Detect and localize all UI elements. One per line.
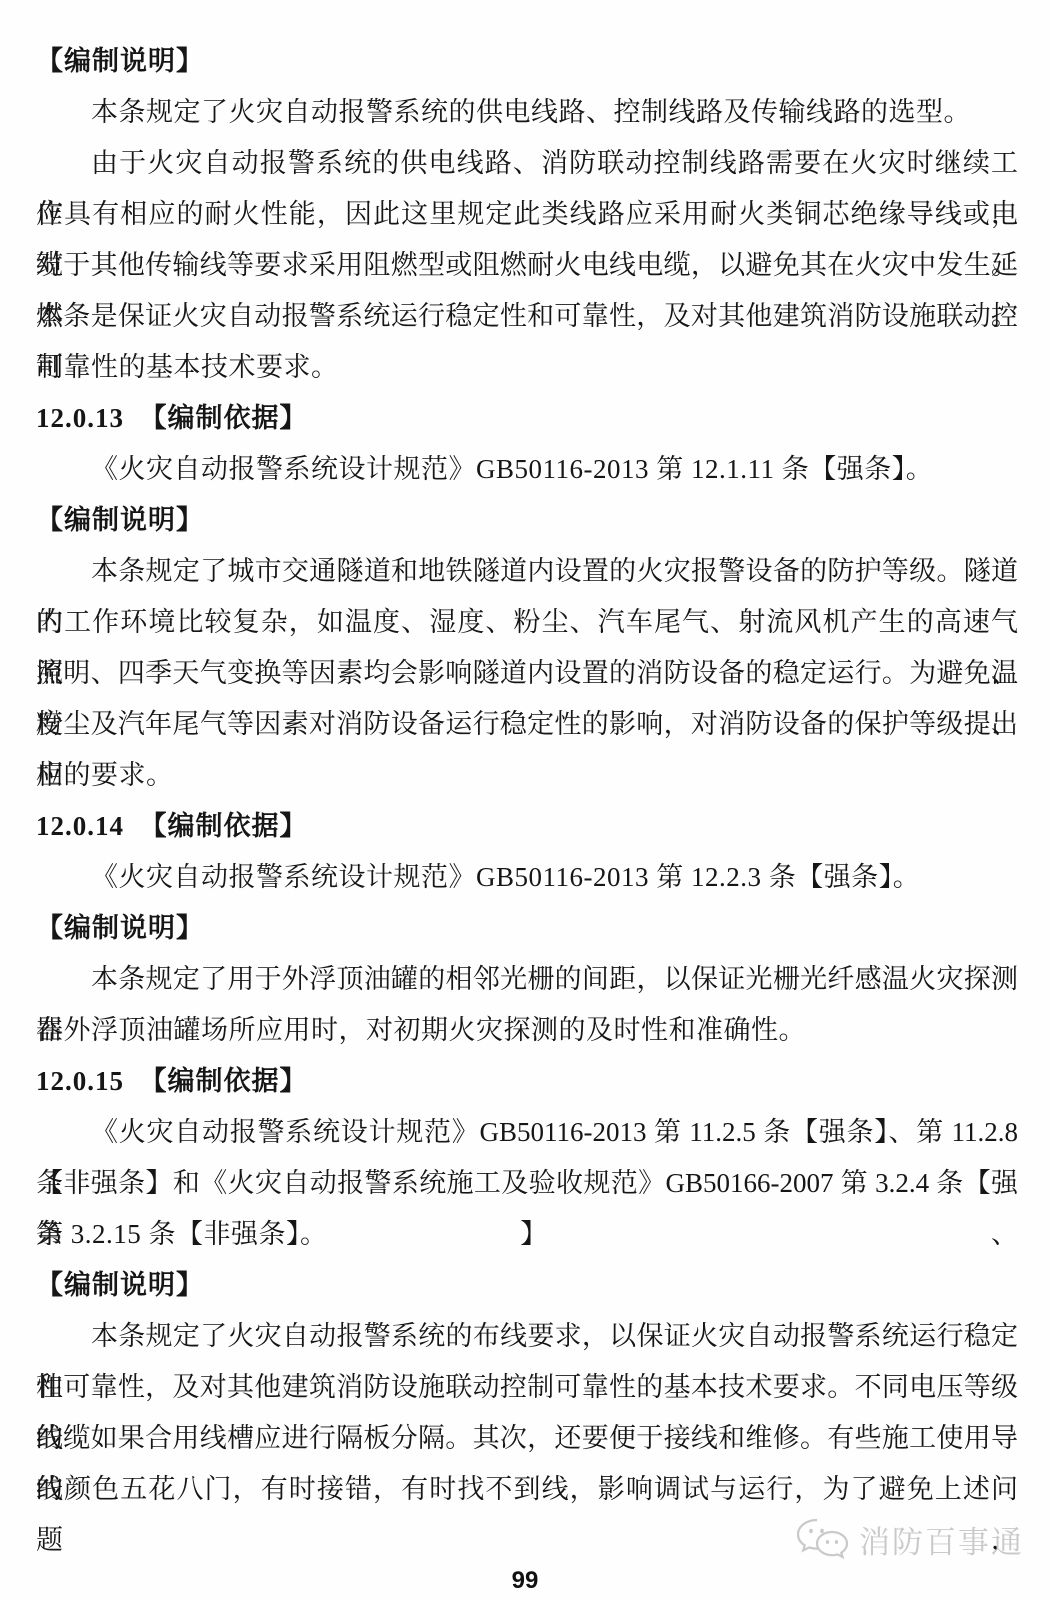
- section-heading: 【编制说明】: [36, 903, 1018, 954]
- section-heading: 12.0.13 【编制依据】: [36, 393, 1018, 444]
- watermark-text: 消防百事通: [859, 1517, 1024, 1562]
- text-line: 的颜色五花八门，有时接错，有时找不到线，影响调试与运行，为了避免上述问题，: [36, 1464, 1018, 1515]
- page-number: 99: [0, 1567, 1050, 1595]
- text-line: 【非强条】和《火灾自动报警系统施工及验收规范》GB50166-2007 第 3.…: [36, 1158, 1018, 1209]
- section-heading: 12.0.14 【编制依据】: [36, 801, 1018, 852]
- text-line: 本条规定了城市交通隧道和地铁隧道内设置的火灾报警设备的防护等级。隧道内: [36, 546, 1018, 597]
- text-line: 在外浮顶油罐场所应用时，对初期火灾探测的及时性和准确性。: [36, 1005, 1018, 1056]
- text-line: 《火灾自动报警系统设计规范》GB50116-2013 第 12.1.11 条【强…: [36, 444, 1018, 495]
- watermark: 消防百事通: [793, 1516, 1024, 1562]
- section-heading: 12.0.15 【编制依据】: [36, 1056, 1018, 1107]
- text-line: 本条规定了用于外浮顶油罐的相邻光栅的间距，以保证光栅光纤感温火灾探测器: [36, 954, 1018, 1005]
- text-line: 和可靠性，及对其他建筑消防设施联动控制可靠性的基本技术要求。不同电压等级的: [36, 1362, 1018, 1413]
- text-line: 本条是保证火灾自动报警系统运行稳定性和可靠性，及对其他建筑消防设施联动控制: [36, 291, 1018, 342]
- text-line: 应的要求。: [36, 750, 1018, 801]
- section-heading: 【编制说明】: [36, 495, 1018, 546]
- text-line: 对于其他传输线等要求采用阻燃型或阻燃耐火电线电缆，以避免其在火灾中发生延燃。: [36, 240, 1018, 291]
- text-line: 可靠性的基本技术要求。: [36, 342, 1018, 393]
- text-line: 粉尘及汽年尾气等因素对消防设备运行稳定性的影响，对消防设备的保护等级提出相: [36, 699, 1018, 750]
- text-line: 《火灾自动报警系统设计规范》GB50116-2013 第 11.2.5 条【强条…: [36, 1107, 1018, 1158]
- wechat-chat-bubbles-icon: [793, 1516, 851, 1562]
- text-line: 由于火灾自动报警系统的供电线路、消防联动控制线路需要在火灾时继续工作，: [36, 138, 1018, 189]
- text-line: 的工作环境比较复杂，如温度、湿度、粉尘、汽车尾气、射流风机产生的高速气流、: [36, 597, 1018, 648]
- text-line: 本条规定了火灾自动报警系统的布线要求，以保证火灾自动报警系统运行稳定性: [36, 1311, 1018, 1362]
- section-heading: 【编制说明】: [36, 1260, 1018, 1311]
- text-line: 照明、四季天气变换等因素均会影响隧道内设置的消防设备的稳定运行。为避免温度、: [36, 648, 1018, 699]
- section-heading: 【编制说明】: [36, 36, 1018, 87]
- text-line: 线缆如果合用线槽应进行隔板分隔。其次，还要便于接线和维修。有些施工使用导线: [36, 1413, 1018, 1464]
- text-line: 《火灾自动报警系统设计规范》GB50116-2013 第 12.2.3 条【强条…: [36, 852, 1018, 903]
- document-body: 【编制说明】本条规定了火灾自动报警系统的供电线路、控制线路及传输线路的选型。由于…: [36, 36, 1018, 1515]
- text-line: 应具有相应的耐火性能，因此这里规定此类线路应采用耐火类铜芯绝缘导线或电缆。: [36, 189, 1018, 240]
- document-page: 【编制说明】本条规定了火灾自动报警系统的供电线路、控制线路及传输线路的选型。由于…: [0, 0, 1050, 1600]
- text-line: 本条规定了火灾自动报警系统的供电线路、控制线路及传输线路的选型。: [36, 87, 1018, 138]
